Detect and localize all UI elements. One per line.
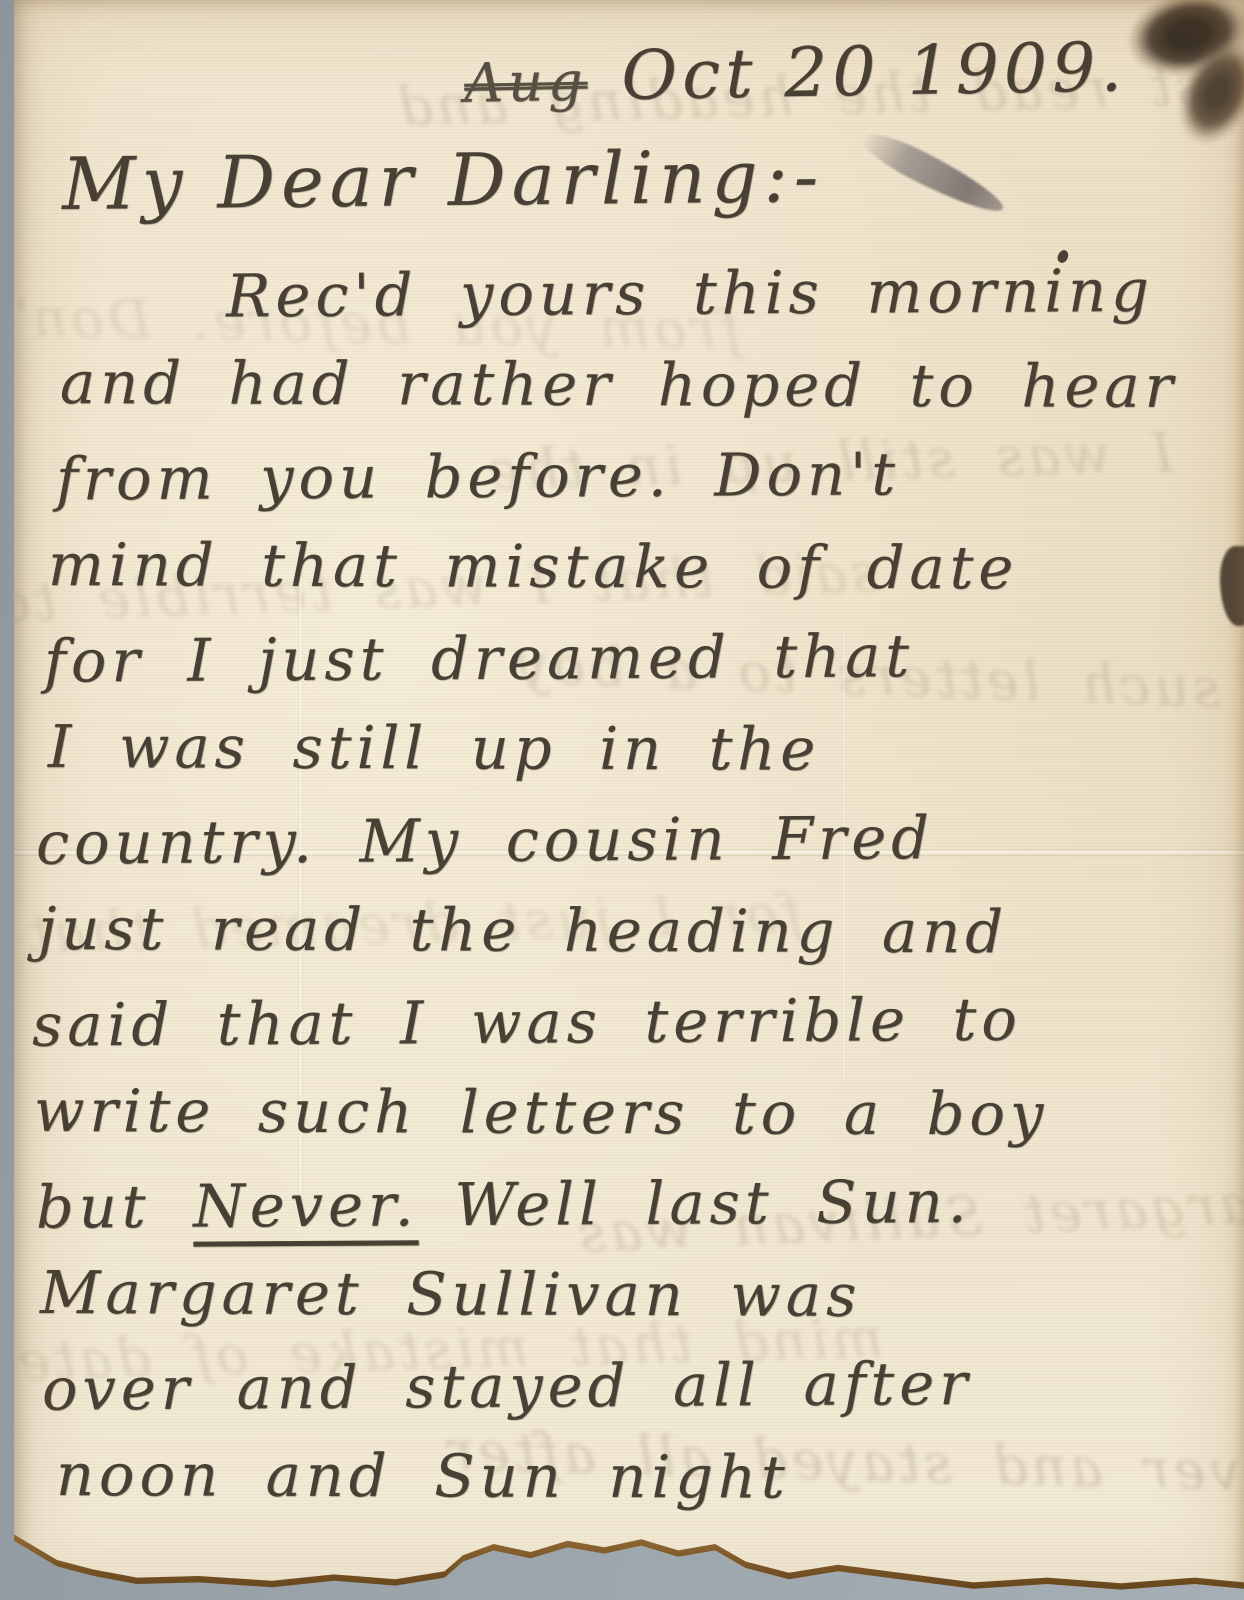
letter-scan: just read the heading and from you befor…: [0, 0, 1244, 1600]
letter-page: just read the heading and from you befor…: [14, 0, 1244, 1600]
aged-edge-vignette: [14, 0, 1244, 1600]
